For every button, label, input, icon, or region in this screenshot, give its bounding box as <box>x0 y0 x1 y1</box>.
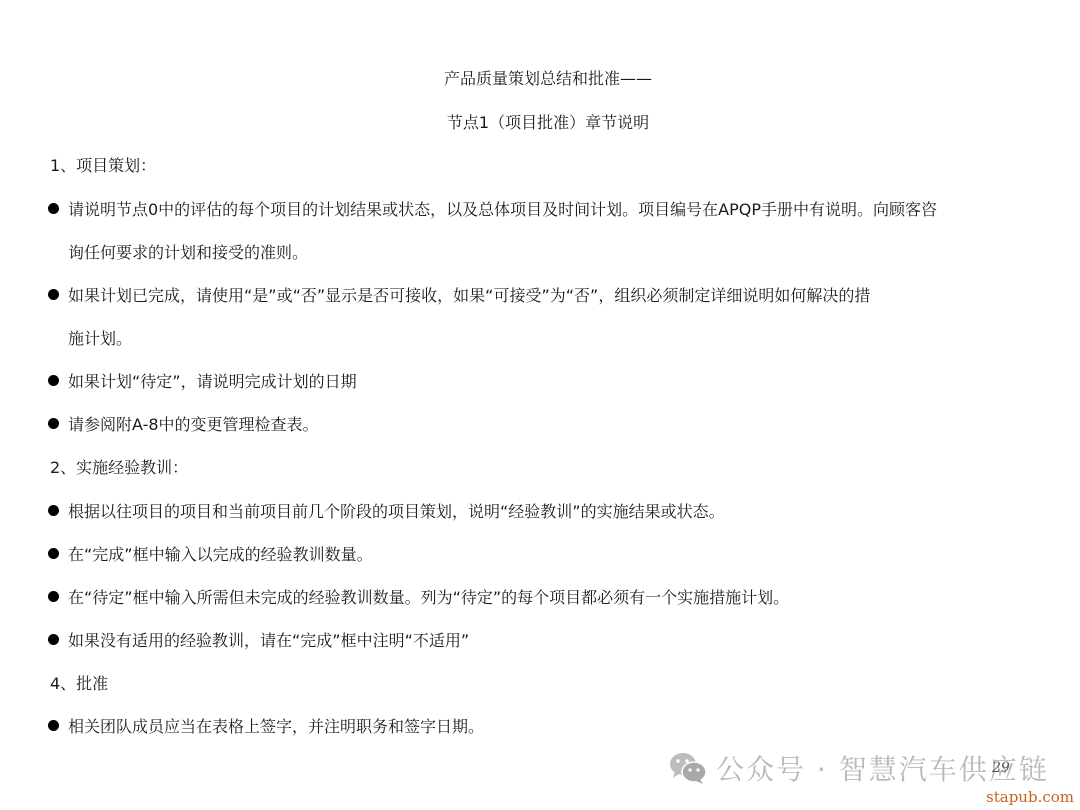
document-title-line1: 产品质量策划总结和批准—— <box>0 69 1080 89</box>
bullet-text: 如果计划已完成，请使用“是”或“否”显示是否可接收，如果“可接受”为“否”，组织… <box>68 286 870 305</box>
bullet-text: 如果没有适用的经验教训，请在“完成”框中注明“不适用” <box>68 631 469 650</box>
bullet-icon <box>48 375 59 386</box>
site-watermark: stapub.com <box>986 788 1074 806</box>
bullet-icon <box>48 720 59 731</box>
wechat-icon <box>668 751 708 785</box>
bullet-icon <box>48 591 59 602</box>
bullet-text-continuation: 询任何要求的计划和接受的准则。 <box>68 243 308 263</box>
bullet-icon <box>48 289 59 300</box>
section-heading-lessons-learned: 2、实施经验教训： <box>50 458 188 478</box>
bullet-item: 如果没有适用的经验教训，请在“完成”框中注明“不适用” <box>48 631 469 651</box>
bullet-text: 请参阅附A-8中的变更管理检查表。 <box>68 415 319 434</box>
bullet-item: 根据以往项目的项目和当前项目前几个阶段的项目策划，说明“经验教训”的实施结果或状… <box>48 502 725 522</box>
section-heading-approval: 4、批准 <box>50 674 108 694</box>
bullet-item: 如果计划“待定”，请说明完成计划的日期 <box>48 372 357 392</box>
bullet-item: 如果计划已完成，请使用“是”或“否”显示是否可接收，如果“可接受”为“否”，组织… <box>48 286 870 306</box>
bullet-icon <box>48 634 59 645</box>
bullet-icon <box>48 505 59 516</box>
page-number: 29 <box>992 760 1010 776</box>
bullet-icon <box>48 203 59 214</box>
bullet-icon <box>48 418 59 429</box>
bullet-text: 请说明节点0中的评估的每个项目的计划结果或状态，以及总体项目及时间计划。项目编号… <box>68 200 937 219</box>
bullet-text-continuation: 施计划。 <box>68 329 132 349</box>
bullet-text: 在“待定”框中输入所需但未完成的经验教训数量。列为“待定”的每个项目都必须有一个… <box>68 588 789 607</box>
bullet-item: 相关团队成员应当在表格上签字，并注明职务和签字日期。 <box>48 717 484 737</box>
bullet-text: 在“完成”框中输入以完成的经验教训数量。 <box>68 545 373 564</box>
bullet-text: 如果计划“待定”，请说明完成计划的日期 <box>68 372 357 391</box>
section-heading-project-planning: 1、项目策划： <box>50 156 156 176</box>
bullet-item: 请说明节点0中的评估的每个项目的计划结果或状态，以及总体项目及时间计划。项目编号… <box>48 200 937 220</box>
bullet-text: 根据以往项目的项目和当前项目前几个阶段的项目策划，说明“经验教训”的实施结果或状… <box>68 502 725 521</box>
bullet-icon <box>48 548 59 559</box>
bullet-item: 在“待定”框中输入所需但未完成的经验教训数量。列为“待定”的每个项目都必须有一个… <box>48 588 789 608</box>
document-title-line2: 节点1（项目批准）章节说明 <box>0 113 1080 133</box>
bullet-item: 请参阅附A-8中的变更管理检查表。 <box>48 415 319 435</box>
bullet-item: 在“完成”框中输入以完成的经验教训数量。 <box>48 545 373 565</box>
bullet-text: 相关团队成员应当在表格上签字，并注明职务和签字日期。 <box>68 717 484 736</box>
